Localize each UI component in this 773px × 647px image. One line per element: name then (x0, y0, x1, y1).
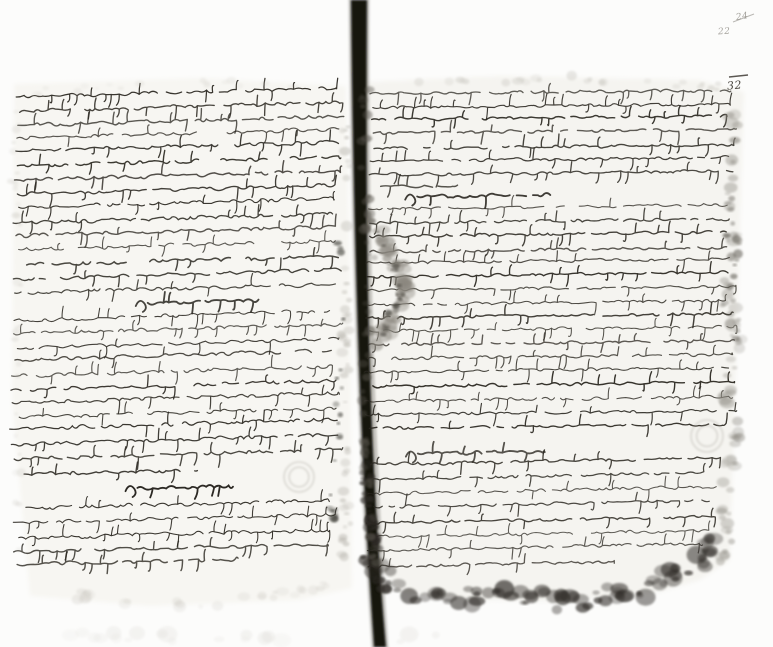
damage-blotch (714, 552, 729, 562)
damage-blotch (124, 638, 132, 643)
damage-blotch (728, 539, 735, 545)
damage-blotch (348, 521, 353, 526)
damage-blotch (203, 82, 210, 88)
damage-blotch (725, 318, 737, 329)
damage-blotch (729, 232, 738, 239)
damage-blotch (344, 512, 350, 515)
damage-blotch (382, 244, 386, 247)
damage-blotch (714, 88, 720, 92)
folio-number-ink: 32 (726, 78, 742, 92)
damage-blotch (18, 284, 23, 287)
damage-blotch (697, 84, 704, 89)
damage-blotch (733, 264, 737, 267)
damage-blotch (294, 84, 299, 87)
damage-blotch (287, 85, 294, 89)
damage-blotch (726, 487, 734, 493)
damage-blotch (516, 77, 525, 82)
damage-blotch (129, 626, 145, 640)
damage-blotch (341, 221, 353, 232)
damage-blotch (599, 78, 608, 86)
damage-blotch (374, 521, 379, 526)
damage-blotch (370, 339, 384, 351)
damage-blotch (726, 511, 731, 515)
damage-blotch (367, 510, 372, 514)
damage-blotch (168, 637, 177, 645)
damage-blotch (343, 340, 351, 345)
damage-blotch (384, 310, 392, 317)
damage-blotch (679, 80, 687, 85)
damage-blotch (715, 81, 721, 86)
damage-blotch (13, 110, 19, 114)
damage-blotch (391, 579, 406, 589)
damage-blotch (469, 597, 486, 606)
damage-blotch (272, 633, 292, 647)
damage-blotch (80, 83, 89, 89)
damage-blotch (198, 604, 203, 609)
damage-blotch (382, 327, 389, 332)
damage-blotch (83, 590, 91, 597)
damage-blotch (720, 277, 730, 284)
damage-blotch (156, 629, 168, 638)
damage-blotch (644, 78, 652, 84)
damage-blotch (338, 412, 343, 417)
damage-blotch (343, 366, 354, 373)
damage-blotch (95, 87, 99, 90)
damage-blotch (369, 513, 378, 521)
damage-blotch (364, 86, 374, 93)
damage-blotch (615, 592, 624, 600)
damage-blotch (345, 159, 350, 164)
damage-blotch (360, 389, 366, 394)
damage-blotch (16, 123, 21, 126)
damage-blotch (724, 201, 732, 205)
damage-blotch (455, 77, 464, 83)
damage-blotch (385, 580, 392, 586)
damage-blotch (37, 92, 43, 96)
damage-blotch (393, 588, 401, 593)
damage-blotch (722, 289, 734, 300)
damage-blotch (704, 533, 715, 543)
damage-blotch (42, 86, 49, 91)
damage-blotch (14, 412, 18, 415)
damage-blotch (339, 147, 351, 156)
damage-blotch (328, 509, 333, 512)
damage-blotch (576, 603, 590, 613)
damage-blotch (340, 459, 350, 467)
damage-blotch (337, 422, 340, 425)
damage-blotch (588, 77, 593, 81)
damage-blotch (726, 356, 736, 362)
damage-blotch (450, 596, 467, 610)
damage-blotch (364, 212, 372, 219)
manuscript-scan: 24 22 32 (0, 0, 773, 647)
damage-blotch (392, 304, 398, 308)
damage-blotch (538, 587, 551, 596)
damage-blotch (73, 88, 82, 96)
damage-blotch (732, 336, 740, 342)
manuscript-artwork (0, 0, 773, 647)
damage-blotch (94, 633, 108, 643)
damage-blotch (11, 337, 19, 342)
damage-blotch (697, 561, 712, 572)
damage-blotch (339, 534, 348, 541)
damage-blotch (727, 311, 735, 317)
damage-blotch (445, 78, 454, 86)
damage-blotch (333, 459, 337, 462)
damage-blotch (373, 554, 378, 558)
damage-blotch (235, 83, 243, 89)
damage-blotch (398, 297, 402, 300)
damage-blotch (376, 231, 380, 233)
damage-blotch (345, 312, 352, 316)
damage-blotch (554, 589, 568, 602)
damage-blotch (568, 591, 580, 602)
damage-blotch (646, 575, 661, 584)
damage-blotch (371, 255, 378, 261)
damage-blotch (13, 212, 20, 218)
damage-blotch (728, 196, 735, 202)
damage-blotch (734, 433, 745, 442)
damage-blotch (722, 549, 728, 554)
damage-blotch (361, 135, 372, 142)
damage-blotch (345, 125, 350, 128)
damage-blotch (397, 284, 402, 288)
damage-blotch (344, 136, 349, 140)
damage-blotch (364, 285, 368, 289)
damage-blotch (419, 592, 431, 602)
damage-blotch (346, 298, 352, 303)
damage-blotch (362, 331, 369, 336)
damage-blotch (730, 298, 736, 303)
damage-blotch (340, 386, 344, 390)
damage-blotch (358, 360, 369, 367)
damage-blotch (473, 591, 480, 596)
folio-number-pencil: 22 (718, 27, 731, 38)
damage-blotch (357, 165, 365, 171)
damage-blotch (360, 410, 367, 417)
damage-blotch (361, 477, 365, 481)
damage-blotch (396, 294, 400, 297)
damage-blotch (636, 589, 656, 606)
damage-blotch (366, 533, 376, 540)
damage-blotch (212, 601, 224, 611)
damage-blotch (62, 629, 79, 641)
damage-blotch (16, 502, 23, 507)
damage-blotch (365, 504, 372, 508)
damage-blotch (367, 219, 374, 223)
damage-blotch (727, 252, 736, 261)
damage-blotch (346, 363, 350, 367)
damage-blotch (365, 309, 372, 315)
damage-blotch (270, 594, 278, 601)
damage-blotch (360, 104, 366, 108)
damage-blotch (369, 545, 381, 552)
damage-blotch (364, 240, 369, 245)
damage-blotch (494, 580, 514, 598)
damage-blotch (375, 225, 390, 235)
damage-blotch (12, 470, 19, 476)
damage-blotch (329, 494, 332, 497)
damage-blotch (537, 78, 542, 83)
damage-blotch (383, 324, 386, 326)
damage-blotch (369, 526, 376, 530)
damage-blotch (664, 570, 683, 587)
damage-blotch (368, 497, 375, 503)
damage-blotch (338, 487, 350, 496)
damage-blotch (376, 236, 380, 239)
damage-blotch (344, 129, 348, 132)
damage-blotch (336, 551, 347, 558)
damage-blotch (276, 587, 290, 596)
damage-blotch (717, 505, 728, 513)
damage-blotch (364, 479, 373, 487)
damage-blotch (272, 591, 278, 594)
damage-blotch (343, 525, 348, 529)
damage-blotch (593, 590, 600, 594)
damage-blotch (432, 632, 440, 639)
damage-blotch (258, 632, 272, 645)
damage-blotch (14, 171, 19, 174)
damage-blotch (717, 477, 730, 487)
damage-blotch (331, 516, 339, 523)
damage-blotch (704, 548, 716, 556)
damage-blotch (723, 373, 732, 378)
damage-blotch (335, 377, 339, 380)
damage-blotch (106, 626, 121, 640)
damage-blotch (552, 605, 562, 614)
damage-blotch (725, 154, 738, 165)
damage-blotch (11, 141, 16, 144)
damage-blotch (501, 79, 510, 87)
damage-blotch (730, 137, 741, 144)
damage-blotch (240, 637, 250, 643)
damage-blotch (414, 78, 424, 87)
damage-blotch (392, 263, 399, 269)
damage-blotch (732, 366, 738, 370)
damage-blotch (339, 368, 343, 371)
damage-blotch (402, 275, 408, 279)
damage-blotch (400, 293, 405, 297)
damage-blotch (106, 83, 113, 87)
damage-blotch (367, 254, 371, 256)
damage-blotch (361, 446, 369, 451)
damage-blotch (365, 195, 375, 203)
damage-blotch (15, 374, 21, 379)
damage-blotch (337, 331, 346, 340)
damage-blotch (340, 498, 346, 502)
damage-blotch (290, 592, 300, 599)
damage-blotch (341, 471, 348, 477)
damage-blotch (734, 343, 745, 354)
damage-blotch (361, 142, 366, 146)
damage-blotch (342, 290, 348, 294)
damage-blotch (175, 600, 185, 608)
damage-blotch (396, 639, 404, 644)
damage-blotch (341, 318, 345, 321)
damage-blotch (9, 148, 17, 154)
damage-blotch (363, 440, 369, 445)
damage-blotch (12, 186, 18, 191)
damage-blotch (12, 125, 21, 133)
damage-blotch (320, 581, 327, 585)
damage-blotch (520, 601, 527, 605)
folio-number-pencil-struck: 24 (735, 11, 749, 23)
damage-blotch (214, 636, 225, 642)
damage-blotch (336, 436, 343, 440)
damage-blotch (730, 274, 737, 280)
damage-blotch (393, 268, 398, 271)
folio-dash (729, 75, 748, 77)
damage-blotch (386, 262, 391, 265)
damage-blotch (726, 284, 733, 291)
damage-blotch (360, 451, 365, 456)
damage-blotch (730, 221, 735, 225)
damage-blotch (362, 301, 370, 306)
damage-blotch (333, 241, 342, 246)
damage-blotch (343, 401, 348, 404)
damage-blotch (363, 110, 373, 119)
right-page (366, 76, 744, 602)
damage-blotch (341, 266, 350, 272)
damage-blotch (296, 585, 304, 593)
damage-blotch (342, 175, 350, 182)
damage-blotch (135, 80, 145, 87)
damage-blotch (360, 555, 366, 559)
damage-blotch (237, 592, 250, 601)
damage-blotch (362, 374, 372, 382)
damage-blotch (724, 182, 738, 192)
damage-blotch (598, 595, 612, 606)
damage-blotch (13, 433, 18, 438)
damage-blotch (512, 585, 529, 598)
damage-blotch (344, 446, 350, 450)
damage-blotch (12, 328, 20, 335)
damage-blotch (258, 591, 267, 600)
damage-blotch (400, 588, 418, 604)
damage-blotch (308, 585, 318, 595)
damage-blotch (363, 227, 372, 232)
damage-blotch (339, 504, 349, 511)
damage-blotch (365, 352, 373, 359)
damage-blotch (726, 529, 732, 534)
damage-blotch (684, 571, 693, 576)
damage-blotch (343, 542, 350, 547)
damage-blotch (380, 332, 386, 336)
damage-blotch (72, 594, 84, 604)
damage-blotch (707, 85, 715, 91)
damage-blotch (722, 233, 730, 238)
damage-blotch (362, 455, 368, 459)
damage-blotch (728, 175, 738, 182)
damage-blotch (726, 454, 737, 463)
damage-blotch (337, 247, 344, 251)
damage-blotch (16, 361, 22, 366)
damage-blotch (721, 300, 730, 306)
damage-blotch (346, 164, 353, 168)
damage-blotch (357, 396, 367, 405)
damage-blotch (15, 202, 21, 206)
damage-blotch (18, 453, 22, 456)
damage-blotch (725, 192, 731, 195)
damage-blotch (336, 348, 348, 357)
damage-blotch (732, 417, 743, 426)
damage-blotch (364, 564, 382, 579)
damage-blotch (333, 401, 340, 407)
damage-blotch (725, 112, 735, 118)
damage-blotch (359, 94, 365, 99)
damage-blotch (566, 71, 577, 81)
damage-blotch (717, 390, 733, 405)
damage-blotch (672, 84, 680, 89)
damage-blotch (727, 207, 734, 212)
damage-blotch (123, 599, 132, 604)
damage-blotch (261, 81, 270, 87)
damage-blotch (359, 464, 367, 472)
damage-blotch (16, 547, 23, 552)
damage-blotch (18, 325, 22, 328)
damage-blotch (17, 222, 22, 227)
damage-blotch (118, 86, 125, 90)
damage-blotch (222, 80, 229, 85)
damage-blotch (343, 282, 349, 286)
